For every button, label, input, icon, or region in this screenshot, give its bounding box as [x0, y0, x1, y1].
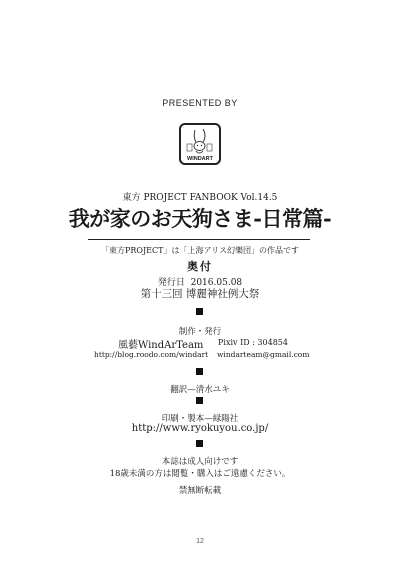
circle-name: 風藝WindArTeam [118, 336, 203, 351]
adult-notice-line1: 本誌は成人向けです [0, 455, 400, 467]
contact-email[interactable]: windarteam@gmail.com [217, 350, 309, 359]
series-line: 東方 PROJECT FANBOOK Vol.14.5 [0, 190, 400, 203]
windart-logo: WINDART [179, 123, 221, 165]
separator-square [196, 368, 203, 375]
rabbit-logo-icon: WINDART [181, 125, 219, 163]
blog-url[interactable]: http://blog.roodo.com/windart [94, 350, 208, 359]
book-title: 我が家のお天狗さま-日常篇- [0, 203, 400, 233]
no-reprint-notice: 禁無断転載 [0, 484, 400, 496]
separator-square [196, 440, 203, 447]
separator-square [196, 397, 203, 404]
page-number: 12 [0, 538, 400, 545]
copyright-notice: 「東方PROJECT」は「上海アリス幻樂団」の作品です [0, 245, 400, 256]
adult-notice-line2: 18歳未満の方は閲覧・購入はご遠慮ください。 [0, 467, 400, 479]
presented-by-heading: PRESENTED BY [0, 98, 400, 108]
pixiv-id: Pixiv ID : 304854 [218, 338, 288, 347]
event-name: 第十三回 博麗神社例大祭 [0, 286, 400, 301]
separator-square [196, 308, 203, 315]
printer-url[interactable]: http://www.ryokuyou.co.jp/ [0, 423, 400, 434]
translation-credit: 翻訳—清水ユキ [0, 383, 400, 395]
colophon-heading: 奥付 [0, 258, 400, 274]
logo-text: WINDART [187, 156, 214, 162]
title-divider [88, 239, 310, 240]
